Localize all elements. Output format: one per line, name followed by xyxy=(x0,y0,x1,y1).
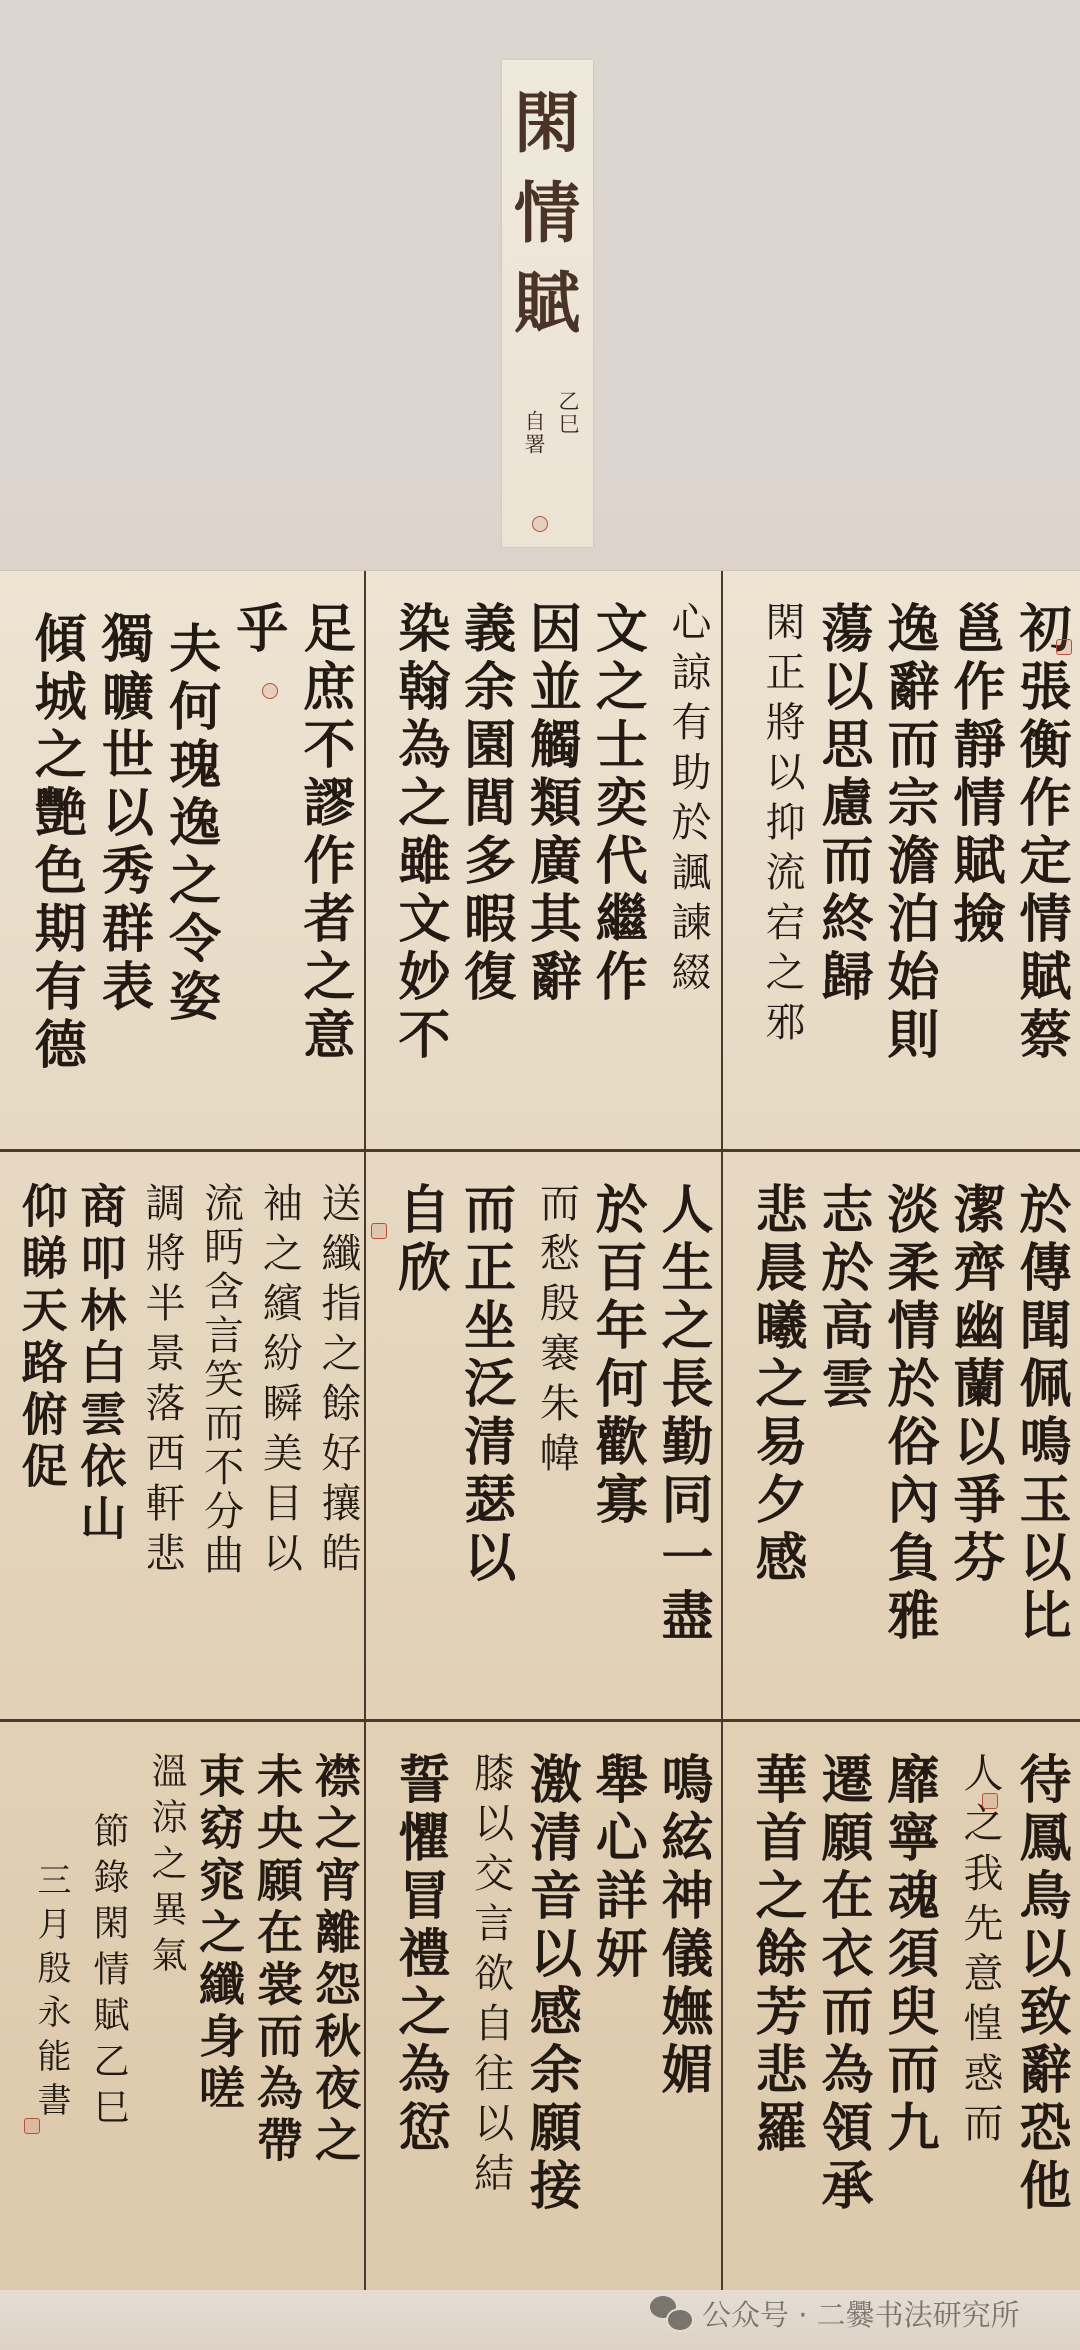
panel-row2-center: 人生之長勤同一盡 於百年何歡寡 而愁殷褰朱幃 而正坐泛清瑟以 自欣 xyxy=(365,1152,722,1719)
text-column: 志於高雲 xyxy=(802,1182,868,1709)
text-column: 閑正將以抑流宕之邪 xyxy=(736,601,802,1139)
inscription-date: 乙巳 xyxy=(553,390,583,540)
text-column: 襟之宵離怨秋夜之 xyxy=(300,1752,358,2282)
text-column: 乎 xyxy=(216,601,283,1139)
text-column: 逸辭而宗澹泊始則 xyxy=(868,601,934,1139)
red-seal-icon xyxy=(982,1793,998,1809)
red-seal-icon xyxy=(371,1223,387,1239)
text-column: 膝以交言欲自往以結 xyxy=(445,1752,511,2282)
panel-row3-left: 襟之宵離怨秋夜之 未央願在裳而為帶 束窈窕之纖身嗟 溫涼之異氣 節錄閑情賦乙巳 … xyxy=(0,1722,364,2292)
panel-row2-left: 送纖指之餘好攘皓 袖之繽紛瞬美目以 流眄含言笑而不分曲 調將半景落西軒悲 商叩林… xyxy=(0,1152,364,1719)
text-column: 獨曠世以秀群表 xyxy=(81,601,148,1139)
title-text: 閑 情 賦 xyxy=(512,78,582,348)
text-column: 仰睇天路俯促 xyxy=(6,1182,65,1709)
text-column: 心諒有助於諷諫綴 xyxy=(642,601,708,1139)
title-char: 情 xyxy=(514,168,580,258)
wechat-icon xyxy=(650,2296,692,2330)
text-column: 初張衡作定情賦蔡 xyxy=(1000,601,1066,1139)
panel-row1-left: 足庶不謬作者之意 乎 夫何瑰逸之令姿 獨曠世以秀群表 傾城之艷色期有德 xyxy=(0,571,364,1149)
text-column: 文之士奕代繼作 xyxy=(576,601,642,1139)
text-column: 邕作靜情賦撿 xyxy=(934,601,1000,1139)
text-column: 於百年何歡寡 xyxy=(576,1182,642,1709)
panel-row1-right: 初張衡作定情賦蔡 邕作靜情賦撿 逸辭而宗澹泊始則 蕩以思慮而終歸 閑正將以抑流宕… xyxy=(722,571,1080,1149)
text-column: 鳴絃神儀嫵媚 xyxy=(642,1752,708,2282)
text-column: 靡寧魂須臾而九 xyxy=(868,1752,934,2282)
text-column: 夫何瑰逸之令姿 xyxy=(148,601,215,1139)
text-column: 足庶不謬作者之意 xyxy=(283,601,350,1139)
text-column: 束窈窕之纖身嗟 xyxy=(184,1752,242,2282)
text-column: 待鳳鳥以致辭恐他 xyxy=(1000,1752,1066,2282)
calligraphy-paper: 初張衡作定情賦蔡 邕作靜情賦撿 逸辭而宗澹泊始則 蕩以思慮而終歸 閑正將以抑流宕… xyxy=(0,570,1080,2293)
panel-row3-right: 待鳳鳥以致辭恐他 人之我先意惶惑而 靡寧魂須臾而九 遷願在衣而為領承 華首之餘芳… xyxy=(722,1722,1080,2292)
watermark: 公众号 · 二爨书法研究所 xyxy=(650,2290,1020,2336)
text-column: 遷願在衣而為領承 xyxy=(802,1752,868,2282)
text-column: 而正坐泛清瑟以 xyxy=(445,1182,511,1709)
text-column: 於傳聞佩鳴玉以比 xyxy=(1000,1182,1066,1709)
title-inscription: 乙巳 自署 xyxy=(523,400,583,540)
red-seal-icon xyxy=(1056,639,1072,655)
text-column: 義余園閭多暇復 xyxy=(445,601,511,1139)
panel-row3-center: 鳴絃神儀嫵媚 舉心詳妍 激清音以感余願接 膝以交言欲自往以結 誓懼冒禮之為愆 xyxy=(365,1722,722,2292)
title-strip: 閑 情 賦 乙巳 自署 xyxy=(502,60,593,547)
red-seal-icon xyxy=(532,516,548,532)
text-column: 人生之長勤同一盡 xyxy=(642,1182,708,1709)
red-seal-icon xyxy=(262,683,278,699)
text-column: 潔齊幽蘭以爭芬 xyxy=(934,1182,1000,1709)
text-column: 袖之繽紛瞬美目以 xyxy=(241,1182,300,1709)
text-column: 誓懼冒禮之為愆 xyxy=(379,1752,445,2282)
text-column: 而愁殷褰朱幃 xyxy=(511,1182,577,1709)
text-column: 悲晨曦之易夕感 xyxy=(736,1182,802,1709)
text-column: 蕩以思慮而終歸 xyxy=(802,601,868,1139)
text-column: 流眄含言笑而不分曲 xyxy=(182,1182,241,1709)
signature-line: 三月殷永能書 xyxy=(10,1752,68,2282)
text-column: 華首之餘芳悲羅 xyxy=(736,1752,802,2282)
panel-row2-right: 於傳聞佩鳴玉以比 潔齊幽蘭以爭芬 淡柔情於俗內負雅 志於高雲 悲晨曦之易夕感 xyxy=(722,1152,1080,1719)
text-column: 人之我先意惶惑而 xyxy=(934,1752,1000,2282)
text-column: 未央願在裳而為帶 xyxy=(242,1752,300,2282)
red-seal-icon xyxy=(24,2118,40,2134)
signature-line: 節錄閑情賦乙巳 xyxy=(68,1752,126,2282)
text-column: 溫涼之異氣 xyxy=(126,1752,184,2282)
text-column: 送纖指之餘好攘皓 xyxy=(299,1182,358,1709)
text-column: 自欣 xyxy=(379,1182,445,1709)
text-column: 因並觸類廣其辭 xyxy=(511,601,577,1139)
title-char: 賦 xyxy=(514,258,580,348)
title-char: 閑 xyxy=(514,78,580,168)
text-column: 傾城之艷色期有德 xyxy=(14,601,81,1139)
text-column: 商叩林白雲依山 xyxy=(65,1182,124,1709)
text-column: 舉心詳妍 xyxy=(576,1752,642,2282)
text-column: 淡柔情於俗內負雅 xyxy=(868,1182,934,1709)
text-column: 調將半景落西軒悲 xyxy=(123,1182,182,1709)
text-column: 染翰為之雖文妙不 xyxy=(379,601,445,1139)
panel-row1-center: 心諒有助於諷諫綴 文之士奕代繼作 因並觸類廣其辭 義余園閭多暇復 染翰為之雖文妙… xyxy=(365,571,722,1149)
text-column: 激清音以感余願接 xyxy=(511,1752,577,2282)
watermark-text: 公众号 · 二爨书法研究所 xyxy=(702,2293,1020,2334)
